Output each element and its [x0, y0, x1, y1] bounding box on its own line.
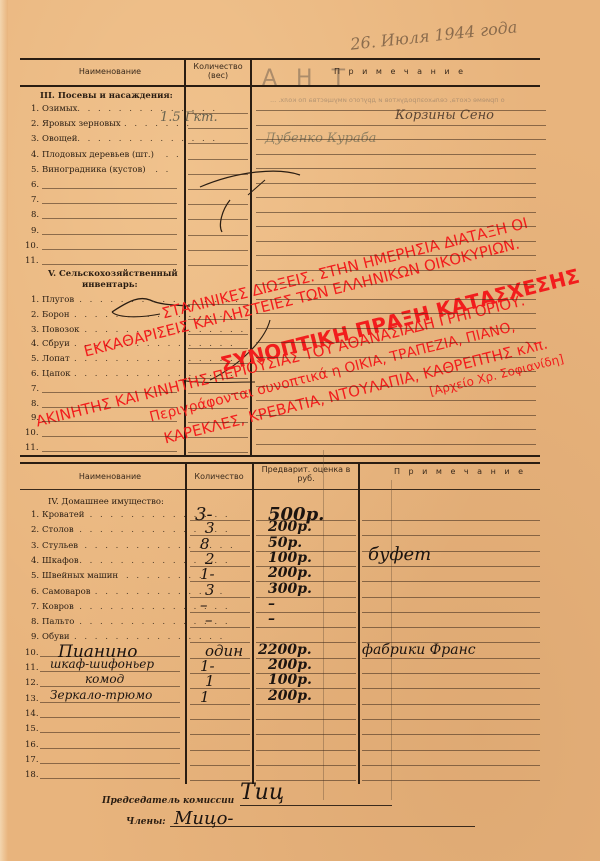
top-table-border-bottom	[20, 455, 540, 457]
row-label-handwritten: шкаф-шифоньер	[50, 657, 154, 671]
row-blank-line	[40, 763, 180, 764]
qty-cell-line	[188, 393, 248, 394]
note-cell-line	[256, 226, 536, 227]
row-label: Виноградника (кустов)	[42, 165, 146, 175]
note-cell-line	[256, 299, 536, 300]
price-value: 100р.	[268, 550, 312, 566]
note-cell-line	[256, 313, 536, 314]
section-iv-title: IV. Домашнее имущество:	[48, 497, 164, 507]
row-blank-line	[42, 203, 177, 204]
qty-cell-line	[190, 719, 250, 720]
qty-cell-line	[188, 250, 248, 251]
qty-cell-line	[188, 334, 248, 335]
qty-cell-line	[188, 128, 248, 129]
row-number: 6.	[31, 180, 39, 190]
row-number: 15.	[25, 724, 39, 734]
qty-cell-line	[190, 765, 250, 766]
qty-cell-line	[190, 688, 250, 689]
row-label: Швейных машин	[42, 571, 118, 581]
note-cell-line	[256, 197, 536, 198]
price-value: –	[268, 611, 275, 627]
note-cell-line	[256, 270, 536, 271]
price-value: –	[268, 596, 275, 612]
note-cell-line	[256, 415, 536, 416]
row-dots: . .	[155, 165, 171, 175]
row-blank-line	[42, 249, 177, 250]
row-number: 9.	[31, 632, 39, 642]
qty-cell-line	[190, 627, 250, 628]
row-number: 5.	[31, 571, 39, 581]
row-number: 9.	[31, 413, 39, 423]
chairman-signature: Тиц	[240, 780, 284, 805]
qty-cell-line	[188, 143, 248, 144]
price-value: 200р.	[268, 657, 312, 673]
bottom-table-col-divider-3	[358, 462, 360, 784]
note-cell-line	[256, 328, 536, 329]
row-number: 4.	[31, 556, 39, 566]
price-value: 50р.	[268, 535, 302, 551]
row-number: 3.	[31, 541, 39, 551]
row-number: 2.	[31, 525, 39, 535]
row-number: 1.	[31, 104, 39, 114]
row-blank-line	[40, 748, 180, 749]
row-label: Кроватей	[42, 510, 84, 520]
row-blank-line	[42, 188, 177, 189]
row-label: Плодовых деревьев (шт.)	[42, 150, 154, 160]
qty-cell-line	[190, 750, 250, 751]
note-cell-line	[256, 241, 536, 242]
qty-cell-line	[188, 189, 248, 190]
row-blank-line	[42, 218, 177, 219]
qty-cell-line	[190, 673, 250, 674]
note-cell-line	[256, 255, 536, 256]
row-dots: . .	[166, 150, 182, 160]
row-label-handwritten: комод	[85, 672, 124, 686]
qty-cell-line	[188, 452, 248, 453]
qty-cell-line	[188, 304, 248, 305]
row-number: 5.	[31, 354, 39, 364]
price-value: 200р.	[268, 565, 312, 581]
header-note-bottom: П р и м е ч а н и е	[380, 467, 540, 476]
row-number: 11.	[25, 663, 39, 673]
price-value: 300р.	[268, 581, 312, 597]
row-number: 2.	[31, 119, 39, 129]
qty-cell-line	[188, 174, 248, 175]
row-label: Ковров	[42, 602, 74, 612]
price-cell-line	[256, 750, 356, 751]
row-number: 4.	[31, 339, 39, 349]
qty-cell-line	[188, 348, 248, 349]
note-cell-line	[362, 535, 540, 536]
row-number: 8.	[31, 617, 39, 627]
qty-cell-line	[188, 265, 248, 266]
row-number: 1.	[31, 295, 39, 305]
row-number: 7.	[31, 195, 39, 205]
document-page: 26. Июля 1944 года А Н Т Наименование Ко…	[0, 0, 600, 861]
price-cell-line	[256, 719, 356, 720]
qty-cell-line	[188, 363, 248, 364]
note-cell-line	[362, 597, 540, 598]
row-label: Сбруи	[42, 339, 70, 349]
qty-cell-line	[188, 378, 248, 379]
row-label: Озимых	[42, 104, 77, 114]
row-dots: . . . . . . .	[124, 119, 192, 129]
members-label: Члены:	[126, 817, 166, 827]
note-cell-line	[256, 386, 536, 387]
note-cell-line	[256, 429, 536, 430]
note-cell-line	[362, 658, 540, 659]
row-number: 14.	[25, 709, 39, 719]
row-number: 5.	[31, 165, 39, 175]
chairman-label: Председатель комиссии	[102, 796, 234, 806]
row-blank-line	[42, 421, 177, 422]
row-blank-line	[42, 407, 177, 408]
qty-cell-line	[188, 235, 248, 236]
row-blank-line	[40, 778, 180, 779]
qty-cell-line	[190, 612, 250, 613]
row-number: 7.	[31, 384, 39, 394]
row-blank-line	[42, 264, 177, 265]
faint-vline-bg	[323, 450, 324, 800]
row-number: 12.	[25, 678, 39, 688]
qty-cell-line	[188, 319, 248, 320]
row-number: 6.	[31, 587, 39, 597]
note-cell-line	[256, 212, 536, 213]
row-label: Плугов	[42, 295, 74, 305]
row-number: 1.	[31, 510, 39, 520]
note-cell-line	[362, 612, 540, 613]
qty-cell-line	[188, 219, 248, 220]
row-label: Стульев	[42, 541, 78, 551]
row-number: 6.	[31, 369, 39, 379]
row-number: 8.	[31, 399, 39, 409]
note-cell-line	[256, 342, 536, 343]
row-dots: . . . . . . . . .	[116, 571, 204, 581]
row-number: 13.	[25, 694, 39, 704]
qty-cell-line	[190, 734, 250, 735]
row-blank-line	[40, 702, 180, 703]
header-estimate: Предварит. оценка в руб.	[258, 465, 354, 483]
row-blank-line	[40, 717, 180, 718]
row-number: 3.	[31, 134, 39, 144]
note-cell-line	[362, 566, 540, 567]
row-number: 3.	[31, 325, 39, 335]
note-cell-line	[362, 750, 540, 751]
note-cell-line	[256, 168, 536, 169]
row-blank-line	[40, 732, 180, 733]
qty-cell-line	[188, 437, 248, 438]
qty-cell-line	[188, 422, 248, 423]
row-number: 17.	[25, 755, 39, 765]
price-cell-line	[256, 734, 356, 735]
note-cell-line	[362, 704, 540, 705]
note-cell-line	[362, 673, 540, 674]
row-number: 18.	[25, 770, 39, 780]
qty-cell-line	[190, 566, 250, 567]
price-value: 2200р.	[258, 642, 312, 658]
note-cell-line	[362, 780, 540, 781]
note-cell-line	[362, 688, 540, 689]
note-cell-line	[256, 371, 536, 372]
row-number: 11.	[25, 256, 39, 266]
note-value: фабрики Франс	[362, 642, 476, 658]
note-cell-line	[256, 400, 536, 401]
row-label: Борон	[42, 310, 70, 320]
price-cell-line	[256, 627, 356, 628]
header-quantity-bottom: Количество	[188, 472, 250, 481]
note-cell-line	[362, 765, 540, 766]
note-cell-line	[256, 444, 536, 445]
bottom-table-col-divider-2	[252, 462, 254, 784]
row-number: 2.	[31, 310, 39, 320]
note-cell-line	[362, 734, 540, 735]
row-label: Пальто	[42, 617, 74, 627]
price-value: 200р.	[268, 519, 312, 535]
qty-cell-line	[190, 597, 250, 598]
price-value: 100р.	[268, 672, 312, 688]
price-cell-line	[256, 780, 356, 781]
note-cell-line	[256, 183, 536, 184]
qty-cell-line	[188, 113, 248, 114]
faint-vline-bg-2	[391, 480, 392, 800]
qty-cell-line	[190, 551, 250, 552]
bottom-table-border-top	[20, 462, 540, 464]
row-label: Овощей	[42, 134, 77, 144]
note-value: буфет	[368, 544, 431, 565]
price-cell-line	[256, 704, 356, 705]
row-label: Столов	[42, 525, 74, 535]
row-blank-line	[42, 392, 177, 393]
note-cell-line	[362, 627, 540, 628]
note-cell-line	[362, 520, 540, 521]
row-number: 4.	[31, 150, 39, 160]
row-label: Яровых зерновых	[42, 119, 121, 129]
note-cell-line	[256, 110, 546, 111]
price-value: 200р.	[268, 688, 312, 704]
qty-cell-line	[190, 704, 250, 705]
row-number: 7.	[31, 602, 39, 612]
qty-cell-line	[190, 780, 250, 781]
qty-value: –	[205, 611, 213, 629]
row-label: Повозок	[42, 325, 80, 335]
row-blank-line	[42, 436, 177, 437]
row-label: Шкафов	[42, 556, 79, 566]
row-number: 9.	[31, 226, 39, 236]
row-blank-line	[42, 451, 177, 452]
qty-cell-line	[190, 535, 250, 536]
note-cell-line	[256, 125, 546, 126]
qty-value: 1	[200, 688, 210, 706]
members-signature: Мицо-	[174, 808, 234, 829]
note-cell-line	[362, 719, 540, 720]
row-number: 11.	[25, 443, 39, 453]
row-label-handwritten: Зеркало-трюмо	[50, 688, 152, 702]
chairman-signature-line	[240, 805, 392, 806]
row-number: 10.	[25, 648, 39, 658]
row-number: 10.	[25, 241, 39, 251]
qty-cell-line	[188, 204, 248, 205]
note-cell-line	[362, 581, 540, 582]
note-cell-line	[256, 357, 536, 358]
price-cell-line	[256, 765, 356, 766]
header-name-bottom: Наименование	[40, 472, 180, 481]
row-blank-line	[42, 234, 177, 235]
note-cell-line	[256, 139, 546, 140]
row-label: Цапок	[42, 369, 71, 379]
note-cell-line	[256, 284, 536, 285]
row-label: Лопат	[42, 354, 70, 364]
bottom-table-header-bottom	[20, 489, 540, 490]
row-number: 10.	[25, 428, 39, 438]
note-cell-line	[256, 154, 536, 155]
row-label: Самоваров	[42, 587, 91, 597]
row-number: 16.	[25, 740, 39, 750]
row-number: 8.	[31, 210, 39, 220]
qty-cell-line	[188, 408, 248, 409]
qty-cell-line	[190, 581, 250, 582]
qty-cell-line	[188, 159, 248, 160]
